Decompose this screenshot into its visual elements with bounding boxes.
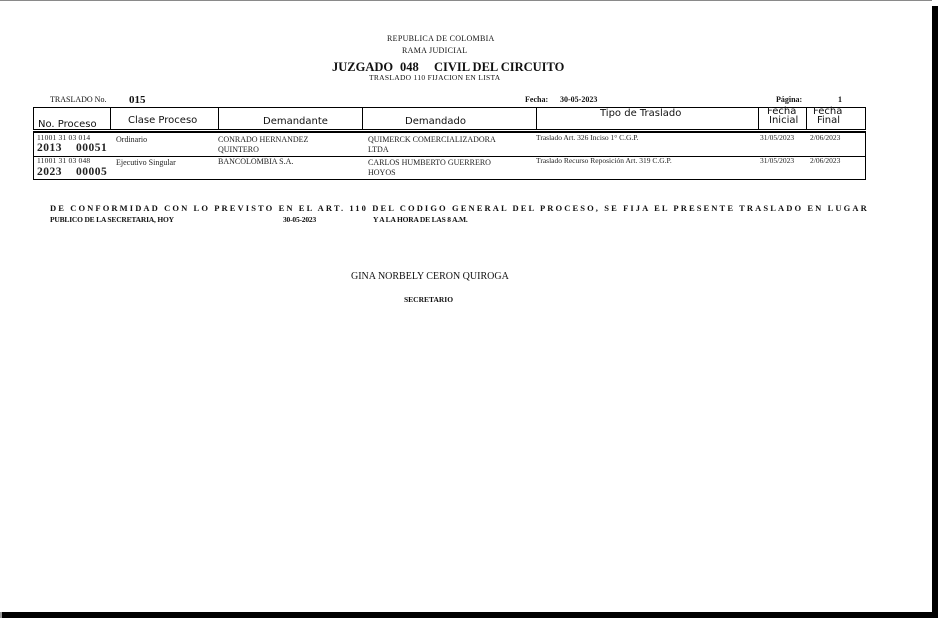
tipo-traslado: Traslado Art. 326 Inciso 1° C.G.P. xyxy=(536,133,639,143)
demandado: QUIMERCK COMERCIALIZADORA xyxy=(368,135,496,145)
proceso-number: 00051 xyxy=(76,143,107,153)
demandado: CARLOS HUMBERTO GUERRERO xyxy=(368,158,491,168)
demandante: CONRADO HERNANDEZ xyxy=(218,135,308,145)
proceso-number: 00005 xyxy=(76,167,107,177)
column-header-tipo: Tipo de Traslado xyxy=(537,108,759,129)
fecha-value: 30-05-2023 xyxy=(560,95,597,104)
proceso-year: 2013 xyxy=(37,143,62,153)
column-header-demandado: Demandado xyxy=(363,108,537,129)
proceso-code: 11001 31 03 048 xyxy=(37,156,90,166)
notice-line-2: PUBLICO DE LA SECRETARIA, HOY xyxy=(50,215,174,224)
demandado-cont: LTDA xyxy=(368,145,389,155)
fecha-label: Fecha: xyxy=(525,95,548,104)
proceso-year: 2023 xyxy=(37,167,62,177)
table-row: 11001 31 03 048 2023 00005 Ejecutivo Sin… xyxy=(34,156,865,179)
fecha-final: 2/06/2023 xyxy=(810,133,840,143)
notice-date: 30-05-2023 xyxy=(283,215,316,224)
fecha-final: 2/06/2023 xyxy=(810,156,840,166)
demandado-cont: HOYOS xyxy=(368,168,396,178)
page-shadow-right xyxy=(932,6,938,618)
table-body: 11001 31 03 014 2013 00051 Ordinario CON… xyxy=(33,132,866,180)
signer-name: GINA NORBELY CERON QUIROGA xyxy=(351,271,509,282)
column-header-clase: Clase Proceso xyxy=(111,108,219,129)
traslado-number: 015 xyxy=(129,94,146,106)
tipo-traslado: Traslado Recurso Reposición Art. 319 C.G… xyxy=(536,156,672,166)
branch-heading: RAMA JUDICIAL xyxy=(402,46,467,55)
demandante-cont: QUINTERO xyxy=(218,145,259,155)
pagina-label: Página: xyxy=(776,95,802,104)
clase-proceso: Ejecutivo Singular xyxy=(116,158,176,168)
column-header-proceso: No. Proceso xyxy=(34,108,111,129)
signer-role: SECRETARIO xyxy=(404,295,453,304)
page-shadow-corner xyxy=(0,612,2,618)
notice-line-1: DE CONFORMIDAD CON LO PREVISTO EN EL ART… xyxy=(50,203,869,213)
fecha-inicial: 31/05/2023 xyxy=(760,133,794,143)
fecha-inicial: 31/05/2023 xyxy=(760,156,794,166)
column-header-fecha-final: Fecha Final xyxy=(807,108,865,129)
traslado-label: TRASLADO No. xyxy=(50,95,106,104)
column-header-fecha-inicial: Fecha Inicial xyxy=(759,108,807,129)
clase-proceso: Ordinario xyxy=(116,135,147,145)
notice-time: Y A LA HORA DE LAS 8 A.M. xyxy=(373,215,468,224)
pagina-value: 1 xyxy=(838,95,842,104)
table-header: No. Proceso Clase Proceso Demandante Dem… xyxy=(33,107,866,130)
country-heading: REPUBLICA DE COLOMBIA xyxy=(387,34,495,43)
page-shadow-bottom xyxy=(2,612,938,618)
document-page: REPUBLICA DE COLOMBIA RAMA JUDICIAL JUZG… xyxy=(0,0,932,612)
column-header-demandante: Demandante xyxy=(219,108,363,129)
document-subtitle: TRASLADO 110 FIJACION EN LISTA xyxy=(369,73,500,82)
demandante: BANCOLOMBIA S.A. xyxy=(218,157,293,167)
table-row: 11001 31 03 014 2013 00051 Ordinario CON… xyxy=(34,133,865,157)
